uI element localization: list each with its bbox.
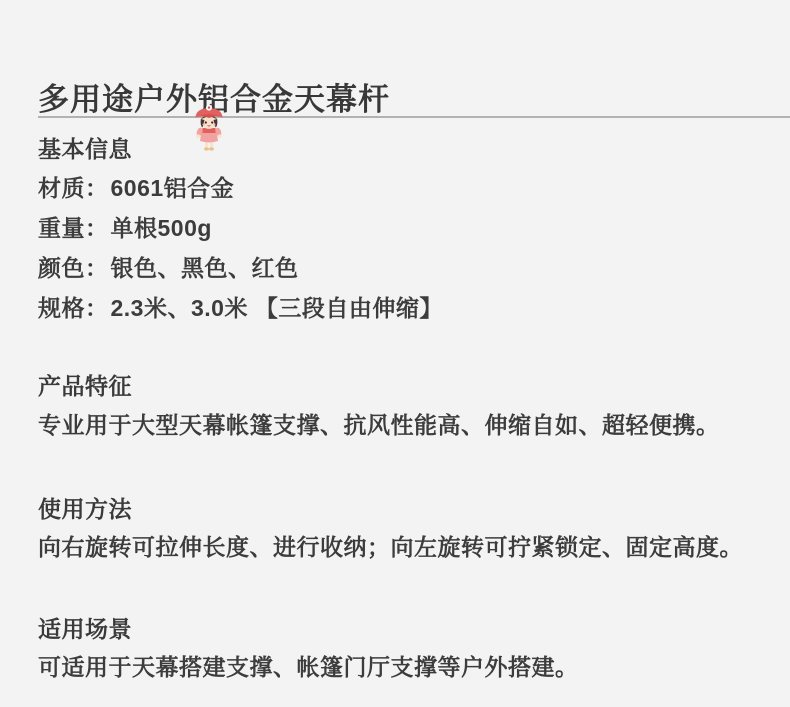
spec-value-material: 6061铝合金	[111, 175, 235, 201]
scenarios-text: 可适用于天幕搭建支撑、帐篷门厅支撑等户外搭建。	[38, 649, 579, 682]
usage-text: 向右旋转可拉伸长度、进行收纳；向左旋转可拧紧锁定、固定高度。	[38, 529, 743, 562]
features-text: 专业用于大型天幕帐篷支撑、抗风性能高、伸缩自如、超轻便携。	[38, 407, 720, 440]
spec-label-material: 材质：	[38, 175, 109, 201]
spec-label-size: 规格：	[38, 295, 109, 321]
spec-row-size: 规格：2.3米、3.0米 【三段自由伸缩】	[38, 290, 443, 323]
spec-row-color: 颜色：银色、黑色、红色	[38, 250, 299, 283]
section-heading-basic-info: 基本信息	[38, 131, 132, 164]
spec-label-weight: 重量：	[38, 215, 109, 241]
section-heading-scenarios: 适用场景	[38, 611, 132, 644]
spec-value-weight: 单根500g	[111, 215, 212, 241]
girl-mascot-icon	[190, 104, 228, 152]
product-detail-page: 多用途户外铝合金天幕杆	[0, 0, 790, 707]
spec-value-size: 2.3米、3.0米 【三段自由伸缩】	[111, 295, 443, 321]
spec-row-weight: 重量：单根500g	[38, 210, 212, 243]
section-heading-usage: 使用方法	[38, 491, 132, 524]
spec-value-color: 银色、黑色、红色	[111, 255, 299, 281]
spec-row-material: 材质：6061铝合金	[38, 170, 234, 203]
section-heading-features: 产品特征	[38, 368, 132, 401]
spec-label-color: 颜色：	[38, 255, 109, 281]
title-divider	[38, 116, 790, 118]
